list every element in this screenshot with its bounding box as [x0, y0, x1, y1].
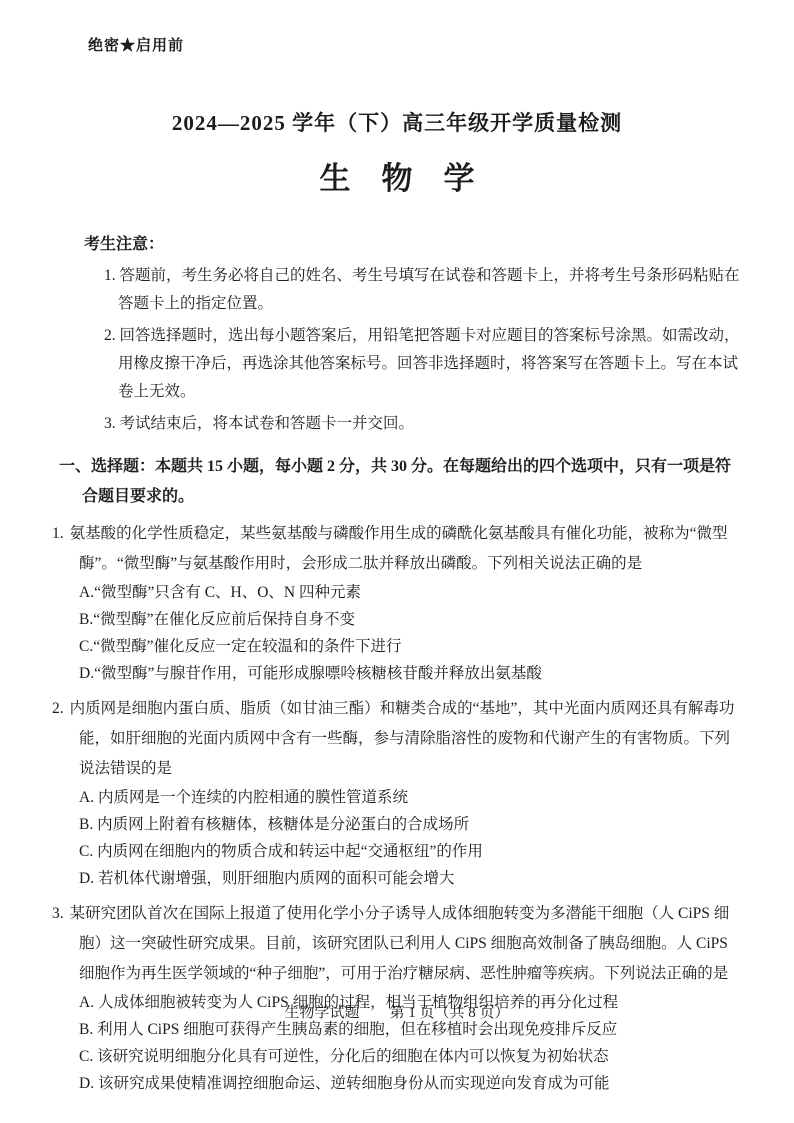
- question-2-option-d: D. 若机体代谢增强，则肝细胞内质网的面积可能会增大: [79, 865, 742, 892]
- question-3-stem: 3.某研究团队首次在国际上报道了使用化学小分子诱导人成体细胞转变为多潜能干细胞（…: [52, 899, 742, 989]
- notice-item-1: 1. 答题前，考生务必将自己的姓名、考生号填写在试卷和答题卡上，并将考生号条形码…: [52, 262, 742, 318]
- question-2-number: 2.: [52, 700, 64, 717]
- exam-paper-page: 绝密★启用前 2024—2025 学年（下）高三年级开学质量检测 生 物 学 考…: [0, 0, 794, 1123]
- exam-subject: 生 物 学: [52, 153, 742, 198]
- question-3-number: 3.: [52, 905, 64, 922]
- question-2-option-a: A. 内质网是一个连续的内腔相通的膜性管道系统: [79, 784, 742, 811]
- exam-title: 2024—2025 学年（下）高三年级开学质量检测: [52, 107, 742, 137]
- question-1: 1.氨基酸的化学性质稳定，某些氨基酸与磷酸作用生成的磷酰化氨基酸具有催化功能，被…: [52, 519, 742, 687]
- notice-item-3: 3. 考试结束后，将本试卷和答题卡一并交回。: [52, 410, 742, 438]
- question-1-text: 氨基酸的化学性质稳定，某些氨基酸与磷酸作用生成的磷酰化氨基酸具有催化功能，被称为…: [70, 525, 728, 572]
- question-2: 2.内质网是细胞内蛋白质、脂质（如甘油三酯）和糖类合成的“基地”，其中光面内质网…: [52, 694, 742, 892]
- question-1-option-c: C.“微型酶”催化反应一定在较温和的条件下进行: [79, 633, 742, 660]
- question-1-option-d: D.“微型酶”与腺苷作用，可能形成腺嘌呤核糖核苷酸并释放出氨基酸: [79, 660, 742, 687]
- question-2-option-c: C. 内质网在细胞内的物质合成和转运中起“交通枢纽”的作用: [79, 838, 742, 865]
- question-1-stem: 1.氨基酸的化学性质稳定，某些氨基酸与磷酸作用生成的磷酰化氨基酸具有催化功能，被…: [52, 519, 742, 579]
- candidate-notice: 考生注意： 1. 答题前，考生务必将自己的姓名、考生号填写在试卷和答题卡上，并将…: [52, 232, 742, 438]
- question-3-option-d: D. 该研究成果使精准调控细胞命运、逆转细胞身份从而实现逆向发育成为可能: [79, 1070, 742, 1097]
- notice-heading: 考生注意：: [84, 232, 742, 258]
- question-2-option-b: B. 内质网上附着有核糖体，核糖体是分泌蛋白的合成场所: [79, 811, 742, 838]
- notice-item-2: 2. 回答选择题时，选出每小题答案后，用铅笔把答题卡对应题目的答案标号涂黑。如需…: [52, 322, 742, 406]
- question-3-option-c: C. 该研究说明细胞分化具有可逆性，分化后的细胞在体内可以恢复为初始状态: [79, 1043, 742, 1070]
- secret-banner: 绝密★启用前: [88, 34, 742, 55]
- question-3: 3.某研究团队首次在国际上报道了使用化学小分子诱导人成体细胞转变为多潜能干细胞（…: [52, 899, 742, 1097]
- question-1-option-b: B.“微型酶”在催化反应前后保持自身不变: [79, 606, 742, 633]
- page-footer: 生物学试题 第 1 页（共 8 页）: [0, 1002, 794, 1024]
- question-1-option-a: A.“微型酶”只含有 C、H、O、N 四种元素: [79, 579, 742, 606]
- question-2-text: 内质网是细胞内蛋白质、脂质（如甘油三酯）和糖类合成的“基地”，其中光面内质网还具…: [70, 700, 735, 777]
- question-2-stem: 2.内质网是细胞内蛋白质、脂质（如甘油三酯）和糖类合成的“基地”，其中光面内质网…: [52, 694, 742, 784]
- question-3-text: 某研究团队首次在国际上报道了使用化学小分子诱导人成体细胞转变为多潜能干细胞（人 …: [70, 905, 730, 982]
- section-heading-multiple-choice: 一、选择题：本题共 15 小题，每小题 2 分，共 30 分。在每题给出的四个选…: [52, 452, 742, 512]
- question-1-number: 1.: [52, 525, 64, 542]
